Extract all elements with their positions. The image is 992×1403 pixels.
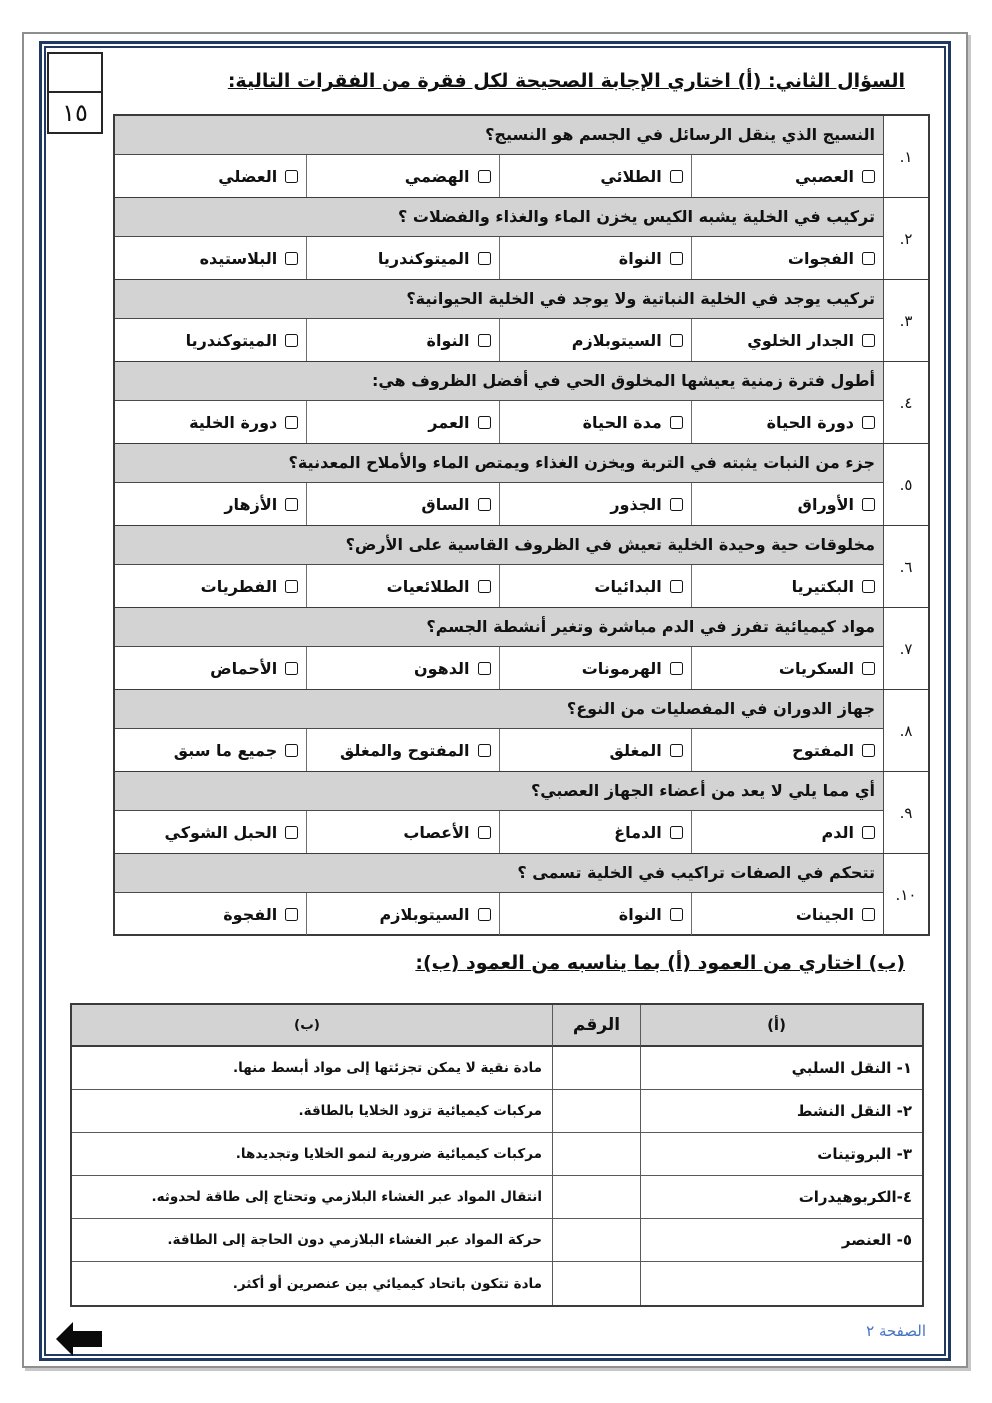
match-number-cell[interactable] (552, 1047, 640, 1090)
option-cell: المفتوح والمغلق (306, 729, 498, 771)
checkbox-icon[interactable] (478, 170, 491, 183)
checkbox-icon[interactable] (478, 662, 491, 675)
checkbox-icon[interactable] (862, 826, 875, 839)
match-a-cell: ٢- النقل النشط (640, 1090, 922, 1133)
options-row: الفجواتالنواةالميتوكندرياالبلاستيده (115, 237, 883, 279)
match-number-cell[interactable] (552, 1090, 640, 1133)
match-number-cell[interactable] (552, 1133, 640, 1176)
option-label: الدهون (414, 659, 470, 678)
match-a-cell: ٣- البروتينات (640, 1133, 922, 1176)
option-label: المغلق (610, 741, 662, 760)
option-cell: العمر (306, 401, 498, 443)
checkbox-icon[interactable] (478, 744, 491, 757)
mcq-table: ١. النسيج الذي ينقل الرسائل في الجسم هو … (113, 114, 930, 936)
checkbox-icon[interactable] (285, 908, 298, 921)
option-label: الميتوكندريا (378, 249, 470, 268)
option-cell: البكتيريا (691, 565, 883, 607)
question-block: ٨. جهاز الدوران في المفصليات من النوع؟ ا… (115, 690, 928, 772)
question-text: تركيب يوجد في الخلية النباتية ولا يوجد ف… (115, 280, 883, 319)
option-cell: النواة (306, 319, 498, 361)
match-b-cell: انتقال المواد عبر الغشاء البلازمي وتحتاج… (72, 1176, 552, 1219)
checkbox-icon[interactable] (670, 826, 683, 839)
checkbox-icon[interactable] (670, 170, 683, 183)
option-label: الدم (822, 823, 854, 842)
question-number: ٨. (883, 690, 928, 771)
match-number-cell[interactable] (552, 1219, 640, 1262)
option-label: الأوراق (798, 495, 854, 514)
question-block: ٣. تركيب يوجد في الخلية النباتية ولا يوج… (115, 280, 928, 362)
question-main: مواد كيميائية تفرز في الدم مباشرة وتغير … (115, 608, 883, 689)
page-number-label: الصفحة ٢ (866, 1322, 926, 1340)
option-label: الطلائعيات (387, 577, 470, 596)
score-box-empty-cell (49, 54, 101, 93)
checkbox-icon[interactable] (862, 580, 875, 593)
checkbox-icon[interactable] (670, 580, 683, 593)
option-label: السكريات (779, 659, 854, 678)
column-header-b: (ب) (72, 1005, 552, 1047)
checkbox-icon[interactable] (670, 744, 683, 757)
question-text: مواد كيميائية تفرز في الدم مباشرة وتغير … (115, 608, 883, 647)
option-label: الأعصاب (403, 823, 469, 842)
match-a-cell: ١- النقل السلبي (640, 1047, 922, 1090)
checkbox-icon[interactable] (862, 662, 875, 675)
back-arrow-icon[interactable] (56, 1318, 102, 1360)
option-cell: البلاستيده (115, 237, 306, 279)
score-box: ١٥ (47, 52, 103, 134)
options-row: الجيناتالنواةالسيتوبلازمالفجوة (115, 893, 883, 935)
checkbox-icon[interactable] (862, 170, 875, 183)
option-label: دورة الخلية (189, 413, 277, 432)
option-cell: الحبل الشوكي (115, 811, 306, 853)
option-cell: الجينات (691, 893, 883, 935)
checkbox-icon[interactable] (285, 662, 298, 675)
option-cell: الفجوة (115, 893, 306, 935)
question-main: تركيب في الخلية يشبه الكيس يخزن الماء وا… (115, 198, 883, 279)
checkbox-icon[interactable] (862, 908, 875, 921)
option-label: الجذور (610, 495, 661, 514)
checkbox-icon[interactable] (670, 416, 683, 429)
question-block: ١. النسيج الذي ينقل الرسائل في الجسم هو … (115, 116, 928, 198)
option-label: النواة (619, 249, 662, 268)
checkbox-icon[interactable] (285, 252, 298, 265)
question-block: ٥. جزء من النبات يثبته في التربة ويخزن ا… (115, 444, 928, 526)
option-label: العمر (428, 413, 469, 432)
question-block: ٢. تركيب في الخلية يشبه الكيس يخزن الماء… (115, 198, 928, 280)
question-number: ٤. (883, 362, 928, 443)
options-row: الدمالدماغالأعصابالحبل الشوكي (115, 811, 883, 853)
match-a-cell: ٥- العنصر (640, 1219, 922, 1262)
question-number: ٧. (883, 608, 928, 689)
option-cell: السيتوبلازم (306, 893, 498, 935)
option-cell: الفجوات (691, 237, 883, 279)
question-main: أي مما يلي لا يعد من أعضاء الجهاز العصبي… (115, 772, 883, 853)
option-cell: الأعصاب (306, 811, 498, 853)
match-a-cell: ٤-الكربوهيدرات (640, 1176, 922, 1219)
question-main: مخلوقات حية وحيدة الخلية تعيش في الظروف … (115, 526, 883, 607)
question-block: ٤. أطول فترة زمنية يعيشها المخلوق الحي ف… (115, 362, 928, 444)
option-label: العصبي (795, 167, 854, 186)
option-cell: النواة (499, 237, 691, 279)
question-text: تتحكم في الصفات تراكيب في الخلية تسمى ؟ (115, 854, 883, 893)
options-row: المفتوحالمغلقالمفتوح والمغلقجميع ما سبق (115, 729, 883, 771)
option-cell: الأزهار (115, 483, 306, 525)
option-label: الطلائي (600, 167, 661, 186)
checkbox-icon[interactable] (670, 498, 683, 511)
option-cell: الأحماض (115, 647, 306, 689)
option-label: النواة (427, 331, 470, 350)
option-label: الأزهار (224, 495, 277, 514)
option-label: جميع ما سبق (174, 741, 277, 760)
option-cell: الميتوكندريا (306, 237, 498, 279)
option-cell: الدهون (306, 647, 498, 689)
option-cell: دورة الحياة (691, 401, 883, 443)
question-number: ٢. (883, 198, 928, 279)
option-cell: السيتوبلازم (499, 319, 691, 361)
question-text: مخلوقات حية وحيدة الخلية تعيش في الظروف … (115, 526, 883, 565)
option-cell: المفتوح (691, 729, 883, 771)
option-label: الفجوة (223, 905, 277, 924)
match-number-cell[interactable] (552, 1262, 640, 1305)
option-label: المفتوح (792, 741, 854, 760)
match-number-cell[interactable] (552, 1176, 640, 1219)
options-row: دورة الحياةمدة الحياةالعمردورة الخلية (115, 401, 883, 443)
checkbox-icon[interactable] (478, 908, 491, 921)
option-cell: الدماغ (499, 811, 691, 853)
option-cell: الأوراق (691, 483, 883, 525)
checkbox-icon[interactable] (478, 334, 491, 347)
option-label: الساق (421, 495, 469, 514)
checkbox-icon[interactable] (285, 170, 298, 183)
option-cell: الجدار الخلوي (691, 319, 883, 361)
option-label: البدائيات (594, 577, 661, 596)
checkbox-icon[interactable] (285, 744, 298, 757)
option-label: الهرمونات (582, 659, 662, 678)
question-main: تركيب يوجد في الخلية النباتية ولا يوجد ف… (115, 280, 883, 361)
question-main: تتحكم في الصفات تراكيب في الخلية تسمى ؟ … (115, 854, 883, 936)
checkbox-icon[interactable] (670, 662, 683, 675)
option-label: الهضمي (405, 167, 470, 186)
match-b-cell: مادة نقية لا يمكن تجزئتها إلى مواد أبسط … (72, 1047, 552, 1090)
question-block: ٩. أي مما يلي لا يعد من أعضاء الجهاز الع… (115, 772, 928, 854)
question-main: أطول فترة زمنية يعيشها المخلوق الحي في أ… (115, 362, 883, 443)
checkbox-icon[interactable] (862, 744, 875, 757)
column-header-a: (أ) (640, 1005, 922, 1047)
option-label: الجدار الخلوي (747, 331, 854, 350)
question-number: ١. (883, 116, 928, 197)
checkbox-icon[interactable] (478, 580, 491, 593)
option-label: الميتوكندريا (186, 331, 278, 350)
option-cell: الطلائعيات (306, 565, 498, 607)
option-cell: الساق (306, 483, 498, 525)
section-b-title: (ب) اختاري من العمود (أ) بما يناسبه من ا… (415, 952, 905, 974)
checkbox-icon[interactable] (285, 334, 298, 347)
checkbox-icon[interactable] (478, 252, 491, 265)
option-cell: جميع ما سبق (115, 729, 306, 771)
option-label: الدماغ (614, 823, 662, 842)
option-label: الجينات (796, 905, 854, 924)
checkbox-icon[interactable] (478, 416, 491, 429)
match-b-cell: حركة المواد عبر الغشاء البلازمي دون الحا… (72, 1219, 552, 1262)
option-label: العضلي (218, 167, 277, 186)
question-block: ٧. مواد كيميائية تفرز في الدم مباشرة وتغ… (115, 608, 928, 690)
question-number: ١٠. (883, 854, 928, 936)
checkbox-icon[interactable] (670, 252, 683, 265)
checkbox-icon[interactable] (862, 498, 875, 511)
options-row: البكتيرياالبدائياتالطلائعياتالفطريات (115, 565, 883, 607)
option-label: الفجوات (788, 249, 854, 268)
checkbox-icon[interactable] (862, 416, 875, 429)
question-text: أطول فترة زمنية يعيشها المخلوق الحي في أ… (115, 362, 883, 401)
option-label: الفطريات (201, 577, 278, 596)
options-row: العصبيالطلائيالهضميالعضلي (115, 155, 883, 197)
section-a-title: السؤال الثاني: (أ) اختاري الإجابة الصحيح… (228, 70, 905, 92)
checkbox-icon[interactable] (285, 416, 298, 429)
option-label: الأحماض (210, 659, 277, 678)
match-b-cell: مادة تتكون باتحاد كيميائي بين عنصرين أو … (72, 1262, 552, 1305)
checkbox-icon[interactable] (862, 252, 875, 265)
question-number: ٥. (883, 444, 928, 525)
question-number: ٦. (883, 526, 928, 607)
option-cell: العضلي (115, 155, 306, 197)
options-row: الجدار الخلويالسيتوبلازمالنواةالميتوكندر… (115, 319, 883, 361)
option-label: السيتوبلازم (572, 331, 662, 350)
question-text: جهاز الدوران في المفصليات من النوع؟ (115, 690, 883, 729)
options-row: الأوراقالجذورالساقالأزهار (115, 483, 883, 525)
question-text: تركيب في الخلية يشبه الكيس يخزن الماء وا… (115, 198, 883, 237)
question-number: ٣. (883, 280, 928, 361)
option-label: دورة الحياة (767, 413, 854, 432)
question-text: جزء من النبات يثبته في التربة ويخزن الغذ… (115, 444, 883, 483)
question-number: ٩. (883, 772, 928, 853)
question-text: النسيج الذي ينقل الرسائل في الجسم هو الن… (115, 116, 883, 155)
question-main: النسيج الذي ينقل الرسائل في الجسم هو الن… (115, 116, 883, 197)
option-cell: دورة الخلية (115, 401, 306, 443)
question-main: جزء من النبات يثبته في التربة ويخزن الغذ… (115, 444, 883, 525)
checkbox-icon[interactable] (478, 826, 491, 839)
option-cell: الدم (691, 811, 883, 853)
question-block: ٦. مخلوقات حية وحيدة الخلية تعيش في الظر… (115, 526, 928, 608)
option-cell: النواة (499, 893, 691, 935)
question-main: جهاز الدوران في المفصليات من النوع؟ المف… (115, 690, 883, 771)
checkbox-icon[interactable] (478, 498, 491, 511)
match-a-cell (640, 1262, 922, 1305)
question-text: أي مما يلي لا يعد من أعضاء الجهاز العصبي… (115, 772, 883, 811)
option-label: السيتوبلازم (380, 905, 470, 924)
option-cell: الجذور (499, 483, 691, 525)
checkbox-icon[interactable] (285, 580, 298, 593)
options-row: السكرياتالهرموناتالدهونالأحماض (115, 647, 883, 689)
checkbox-icon[interactable] (285, 826, 298, 839)
option-cell: العصبي (691, 155, 883, 197)
option-label: الحبل الشوكي (165, 823, 278, 842)
option-label: البلاستيده (200, 249, 278, 268)
option-cell: السكريات (691, 647, 883, 689)
question-block: ١٠. تتحكم في الصفات تراكيب في الخلية تسم… (115, 854, 928, 936)
option-cell: الفطريات (115, 565, 306, 607)
option-label: مدة الحياة (583, 413, 662, 432)
checkbox-icon[interactable] (670, 908, 683, 921)
matching-table: (أ) الرقم (ب) ١- النقل السلبيمادة نقية ل… (70, 1003, 924, 1307)
option-cell: المغلق (499, 729, 691, 771)
checkbox-icon[interactable] (862, 334, 875, 347)
option-cell: الهرمونات (499, 647, 691, 689)
option-label: النواة (619, 905, 662, 924)
option-cell: البدائيات (499, 565, 691, 607)
option-cell: مدة الحياة (499, 401, 691, 443)
match-b-cell: مركبات كيميائية ضرورية لنمو الخلايا وتجد… (72, 1133, 552, 1176)
option-cell: الميتوكندريا (115, 319, 306, 361)
score-value: ١٥ (49, 93, 101, 132)
checkbox-icon[interactable] (285, 498, 298, 511)
checkbox-icon[interactable] (670, 334, 683, 347)
option-label: المفتوح والمغلق (340, 741, 470, 760)
option-cell: الهضمي (306, 155, 498, 197)
column-header-number: الرقم (552, 1005, 640, 1047)
option-label: البكتيريا (792, 577, 854, 596)
option-cell: الطلائي (499, 155, 691, 197)
match-b-cell: مركبات كيميائية تزود الخلايا بالطاقة. (72, 1090, 552, 1133)
